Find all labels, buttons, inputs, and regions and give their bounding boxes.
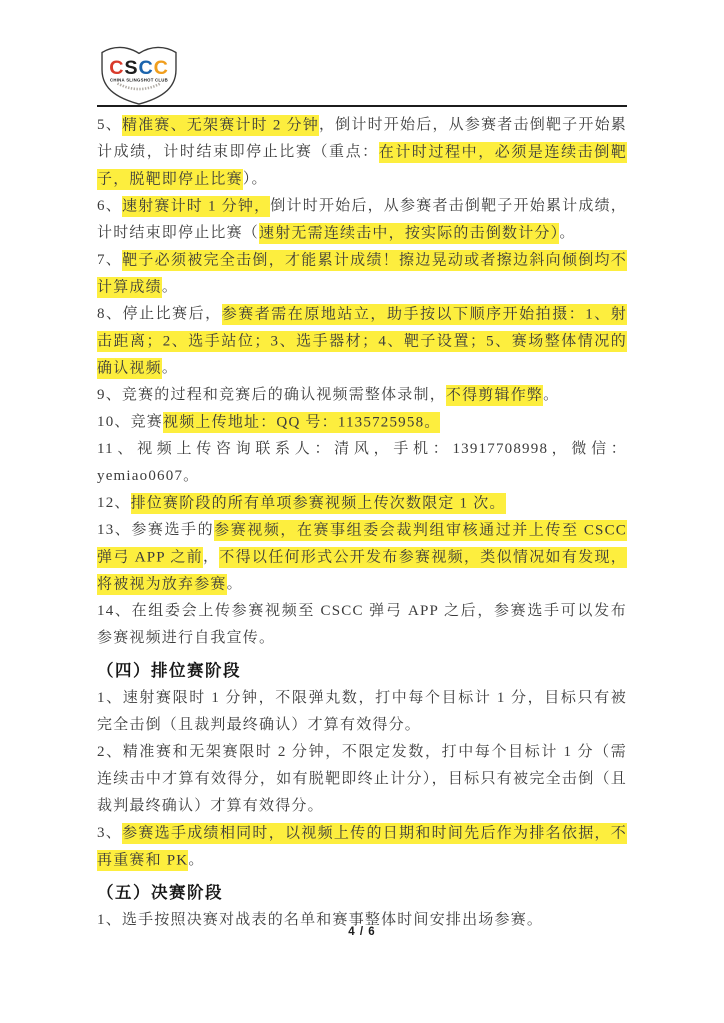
list-item: 3、参赛选手成绩相同时，以视频上传的日期和时间先后作为排名依据，不再重赛和 PK…	[97, 820, 627, 874]
text-run: 。	[559, 225, 575, 241]
text-run: 。	[162, 279, 178, 295]
list-item: 6、速射赛计时 1 分钟，倒计时开始后，从参赛者击倒靶子开始累计成绩，计时结束即…	[97, 193, 627, 247]
text-run: ，	[203, 549, 219, 565]
text-run: 9、竞赛的过程和竞赛后的确认视频需整体录制，	[97, 387, 446, 403]
text-run: 1、速射赛限时 1 分钟，不限弹丸数，打中每个目标计 1 分，目标只有被完全击倒…	[97, 690, 627, 733]
text-run: 8、停止比赛后，	[97, 306, 222, 322]
highlighted-text: 视频上传地址：QQ 号：1135725958。	[163, 412, 440, 433]
text-run: 3、	[97, 825, 122, 841]
text-run: 。	[543, 387, 559, 403]
list-item: 12、排位赛阶段的所有单项参赛视频上传次数限定 1 次。	[97, 490, 627, 517]
text-run: 12、	[97, 495, 131, 511]
list-item: 1、速射赛限时 1 分钟，不限弹丸数，打中每个目标计 1 分，目标只有被完全击倒…	[97, 685, 627, 739]
list-item: 14、在组委会上传参赛视频至 CSCC 弹弓 APP 之后，参赛选手可以发布参赛…	[97, 598, 627, 652]
list-item: 11、视频上传咨询联系人：清风，手机：13917708998，微信：yemiao…	[97, 436, 627, 490]
list-item: 7、靶子必须被完全击倒，才能累计成绩！擦边晃动或者擦边斜向倾倒均不计算成绩。	[97, 247, 627, 301]
text-run: 11、视频上传咨询联系人：清风，手机：13917708998，微信：yemiao…	[97, 441, 627, 484]
text-run: 5、	[97, 117, 122, 133]
highlighted-text: 速射赛计时 1 分钟，	[122, 196, 270, 217]
text-run: 6、	[97, 198, 122, 214]
text-run: 。	[227, 576, 243, 592]
text-run: 13、参赛选手的	[97, 522, 214, 538]
logo-letters: CSCC	[109, 57, 168, 79]
logo-letter: S	[124, 57, 138, 79]
section-heading: （五）决赛阶段	[97, 879, 627, 907]
highlighted-text: 精准赛、无架赛计时 2 分钟	[122, 115, 319, 136]
logo-letter: C	[154, 57, 169, 79]
section-heading: （四）排位赛阶段	[97, 657, 627, 685]
text-run: 。	[162, 360, 178, 376]
document-body: 5、精准赛、无架赛计时 2 分钟，倒计时开始后，从参赛者击倒靶子开始累计成绩，计…	[97, 112, 627, 934]
list-item: 5、精准赛、无架赛计时 2 分钟，倒计时开始后，从参赛者击倒靶子开始累计成绩，计…	[97, 112, 627, 193]
highlighted-text: 速射无需连续击中，按实际的击倒数计分）	[259, 223, 559, 244]
list-item: 10、竞赛视频上传地址：QQ 号：1135725958。	[97, 409, 627, 436]
cscc-shield-logo: CSCC CHINA SLINGSHOT CLUB	[96, 42, 182, 106]
highlighted-text: 参赛选手成绩相同时，以视频上传的日期和时间先后作为排名依据，不再重赛和 PK	[97, 823, 627, 871]
page-number: 4 / 6	[0, 926, 724, 938]
list-item: 2、精准赛和无架赛限时 2 分钟，不限定发数，打中每个目标计 1 分（需连续击中…	[97, 739, 627, 820]
text-run: 14、在组委会上传参赛视频至 CSCC 弹弓 APP 之后，参赛选手可以发布参赛…	[97, 603, 627, 646]
text-run: （四）排位赛阶段	[97, 662, 241, 680]
list-item: 13、参赛选手的参赛视频，在赛事组委会裁判组审核通过并上传至 CSCC 弹弓 A…	[97, 517, 627, 598]
text-run: ）。	[243, 171, 268, 187]
text-run: （五）决赛阶段	[97, 884, 223, 902]
logo-letter: C	[109, 57, 124, 79]
text-run: 2、精准赛和无架赛限时 2 分钟，不限定发数，打中每个目标计 1 分（需连续击中…	[97, 744, 627, 814]
logo-caption: CHINA SLINGSHOT CLUB	[110, 77, 168, 82]
highlighted-text: 不得剪辑作弊	[446, 385, 543, 406]
document-page: CSCC CHINA SLINGSHOT CLUB 5、精准赛、无架赛计时 2 …	[0, 0, 724, 1023]
logo-letter: C	[138, 57, 153, 79]
highlighted-text: 排位赛阶段的所有单项参赛视频上传次数限定 1 次。	[131, 493, 506, 514]
list-item: 8、停止比赛后，参赛者需在原地站立，助手按以下顺序开始拍摄：1、射击距离；2、选…	[97, 301, 627, 382]
text-run: 10、竞赛	[97, 414, 163, 430]
header-rule	[97, 105, 627, 107]
text-run: 。	[188, 852, 204, 868]
text-run: 7、	[97, 252, 122, 268]
list-item: 9、竞赛的过程和竞赛后的确认视频需整体录制，不得剪辑作弊。	[97, 382, 627, 409]
